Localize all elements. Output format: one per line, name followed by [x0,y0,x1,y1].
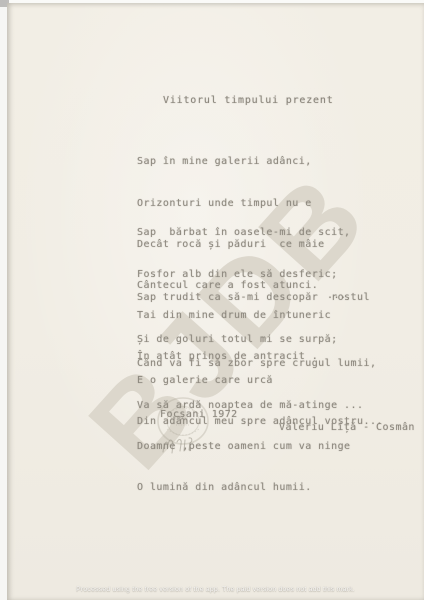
signature: Valeriu Liță - Cosmân [279,422,415,433]
scan-edge [0,0,7,600]
poem-line: Sap în mine galerii adânci, [137,155,325,169]
paper-sheet: BJDB Viitorul timpului prezent Sap în mi… [7,3,424,600]
ellipsis-mark: ... [327,290,346,301]
poem-line: Când va fi să zbor spre crugul lumii, [137,357,376,371]
poem-line: O lumină din adâncul humii. [137,481,376,495]
place-date: Focșani 1972 [160,409,238,420]
poem-line: Doamne ,peste oameni cum va ninge [137,440,376,454]
poem-title: Viitorul timpului prezent [163,95,334,106]
processing-watermark-notice: Processed using the free version of the … [7,586,424,593]
poem-line: Sap bărbat în oasele-mi de scit, [137,226,351,240]
